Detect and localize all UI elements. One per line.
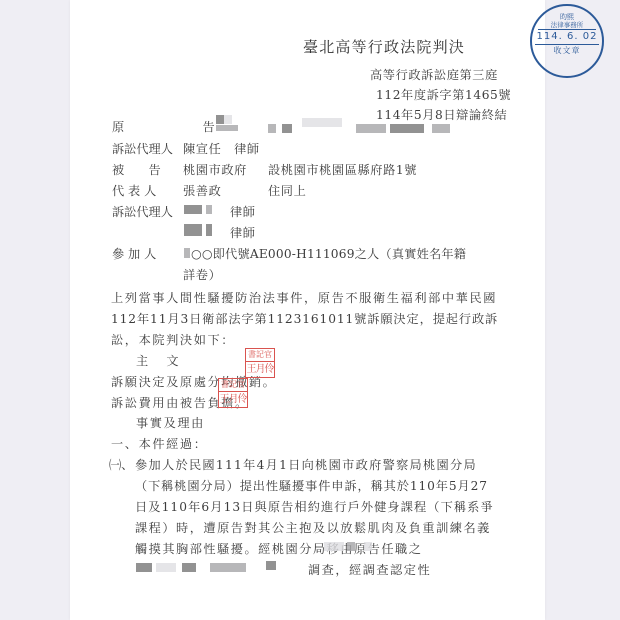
para-1-line-4: 課程）時，遭原告對其公主抱及以放鬆肌肉及負重訓練名義 [135,519,491,536]
debate-concluded-date: 114年5月8日辯論終結 [376,106,507,123]
para-1-line-1: 參加人於民國111年4月1日向桃園市政府警察局桃園分局 [135,456,477,473]
redacted-block [347,542,355,551]
facts-heading: 事實及理由 [136,414,205,431]
stamp-firm-name: 昀熙 [532,13,602,21]
redacted-block [302,118,342,127]
redacted-block [136,563,152,572]
redacted-block [282,124,292,133]
party-name-intervenor: ○○即代號AE000-H111069之人（真實姓名年籍 [191,245,466,262]
main-heading: 主 文 [136,352,182,369]
party-role-plaintiff-attorney: 訴訟代理人 [112,140,173,157]
party-name-plaintiff-attorney: 陳宣任 律師 [183,140,260,157]
para-1-marker: ㈠、 [109,456,133,473]
clerk-stamp-name: 王月伶 [246,362,274,377]
redacted-block [324,542,344,551]
document-title: 臺北高等行政法院判決 [303,36,465,57]
party-title-defendant-attorney-1: 律師 [230,203,256,220]
redacted-block [432,124,450,133]
para-1-line-6: 調查，經調查認定性 [308,561,431,578]
case-number: 112年度訴字第1465號 [376,86,511,103]
redacted-block [364,542,372,551]
redacted-block [210,563,246,572]
party-title-defendant-attorney-2: 律師 [230,224,256,241]
party-role-intervenor: 參 加 人 [112,245,156,262]
party-name-intervenor-cont: 詳卷） [183,266,221,283]
redacted-block [390,124,424,133]
para-1-line-5: 觸摸其胸部性騷擾。經桃園分局移由原告任職之 [135,540,422,557]
redacted-block [216,115,224,124]
party-role-defendant: 被 告 [112,161,161,178]
party-role-representative: 代 表 人 [112,182,156,199]
redacted-block [184,224,202,236]
intro-line-1: 上列當事人間性騷擾防治法事件，原告不服衛生福利部中華民國 [111,289,497,306]
redacted-block [206,224,212,236]
redacted-block [184,205,202,214]
section-1-heading: 一、本件經過： [111,435,208,452]
redacted-block [156,563,176,572]
party-name-defendant: 桃園市政府 [183,161,247,178]
clerk-stamp-title: 書記官 [246,349,274,362]
court-division: 高等行政訴訟庭第三庭 [370,66,498,83]
stamp-label: 收文章 [532,45,602,57]
intro-line-3: 訟，本院判決如下： [111,331,235,348]
stamp-date: 114. 6. 02 [535,30,599,45]
stamp-firm-type: 法律事務所 [538,21,596,30]
clerk-stamp-name: 王月伶 [219,392,247,407]
clerk-stamp-title: 書記官 [219,379,247,392]
redacted-block [182,563,196,572]
receipt-stamp: 昀熙 法律事務所 114. 6. 02 收文章 [530,4,604,78]
party-role-defendant-attorney: 訴訟代理人 [112,203,173,220]
party-name-representative: 張善政 [183,182,221,199]
redacted-block [206,205,212,214]
redacted-block [356,124,386,133]
redacted-block [216,125,238,131]
party-address-defendant: 設桃園市桃園區縣府路1號 [268,161,417,178]
clerk-stamp: 書記官 王月伶 [245,348,275,378]
intro-line-2: 112年11月3日衛部法字第1123161011號訴願決定，提起行政訴 [111,310,498,327]
redacted-block [266,561,276,570]
redacted-block [184,248,190,258]
redacted-block [268,124,276,133]
party-address-representative: 住同上 [268,182,306,199]
redacted-block [224,115,232,124]
document-page: 昀熙 法律事務所 114. 6. 02 收文章 臺北高等行政法院判決 高等行政訴… [70,0,545,620]
para-1-line-3: 日及110年6月13日與原告相約進行戶外健身課程（下稱系爭 [135,498,494,515]
clerk-stamp-2: 書記官 王月伶 [218,378,248,408]
party-role-plaintiff: 原 告 [112,118,233,135]
para-1-line-2: （下稱桃園分局）提出性騷擾事件申訴，稱其於110年5月27 [135,477,488,494]
